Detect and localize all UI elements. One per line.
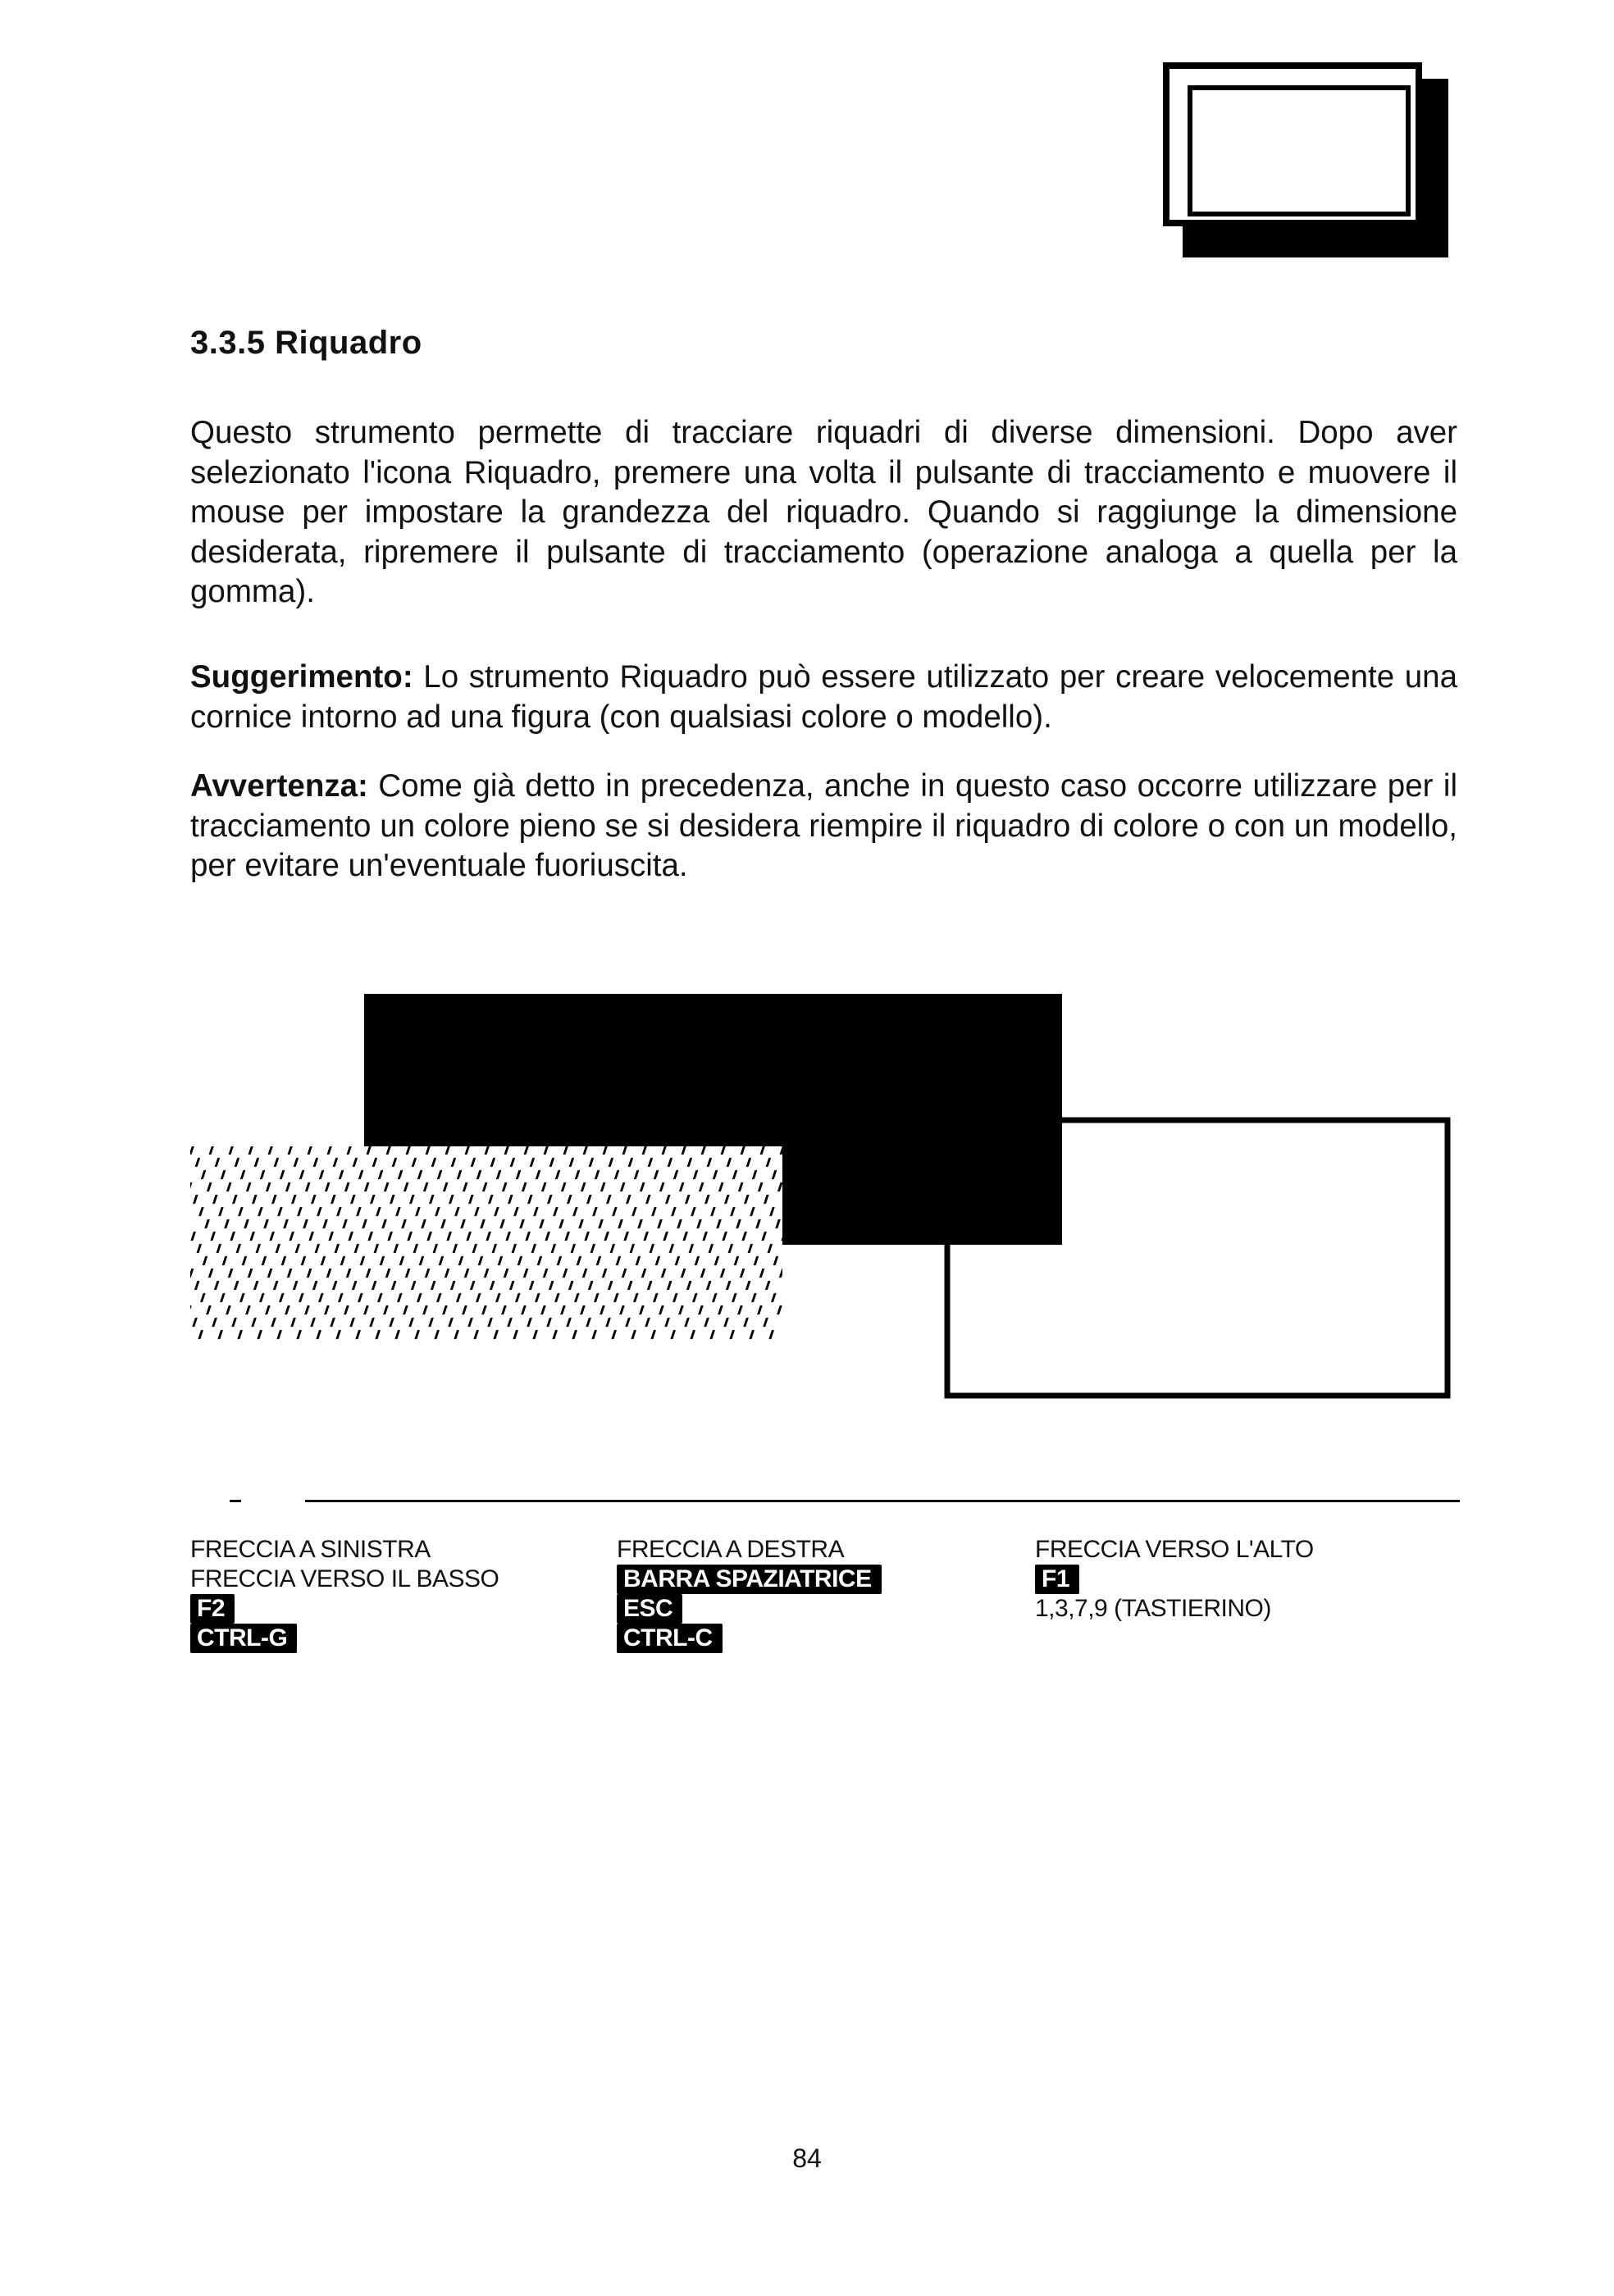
outline-rectangle (947, 1120, 1448, 1396)
key-label: FRECCIA A DESTRA (617, 1535, 882, 1565)
warning-text: Come già detto in precedenza, anche in q… (190, 768, 1457, 883)
hatched-pattern-rectangle (190, 1146, 782, 1340)
tip-paragraph: Suggerimento: Lo strumento Riquadro può … (190, 658, 1457, 737)
filled-black-rectangle (364, 994, 1062, 1245)
box-tool-icon (1163, 62, 1448, 257)
section-title: 3.3.5 Riquadro (190, 325, 422, 362)
key-label: FRECCIA VERSO L'ALTO (1035, 1535, 1314, 1565)
footer-rule (305, 1500, 1460, 1502)
key-badge-spacebar: BARRA SPAZIATRICE (617, 1565, 882, 1594)
key-badge-f1: F1 (1035, 1565, 1079, 1594)
key-badge-ctrl-g: CTRL-G (190, 1624, 297, 1653)
key-badge-f2: F2 (190, 1594, 235, 1624)
intro-paragraph: Questo strumento permette di tracciare r… (190, 413, 1457, 613)
key-label: FRECCIA VERSO IL BASSO (190, 1565, 499, 1594)
key-badge-ctrl: CTRL-C (617, 1624, 723, 1653)
warning-paragraph: Avvertenza: Come già detto in precedenza… (190, 767, 1457, 886)
key-column-middle: FRECCIA A DESTRA BARRA SPAZIATRICE ESC C… (617, 1535, 882, 1653)
icon-outer-frame (1163, 62, 1422, 226)
key-note: 1,3,7,9 (TASTIERINO) (1035, 1594, 1314, 1624)
key-badge-esc: ESC (617, 1594, 682, 1624)
key-column-left: FRECCIA A SINISTRA FRECCIA VERSO IL BASS… (190, 1535, 499, 1653)
page-number: 84 (0, 2143, 1614, 2174)
tip-label: Suggerimento: (190, 659, 413, 695)
footer-rule-dash (230, 1500, 241, 1502)
key-label: FRECCIA A SINISTRA (190, 1535, 499, 1565)
icon-inner-frame (1188, 85, 1411, 216)
key-column-right: FRECCIA VERSO L'ALTO F1 1,3,7,9 (TASTIER… (1035, 1535, 1314, 1624)
warning-label: Avvertenza: (190, 768, 368, 804)
